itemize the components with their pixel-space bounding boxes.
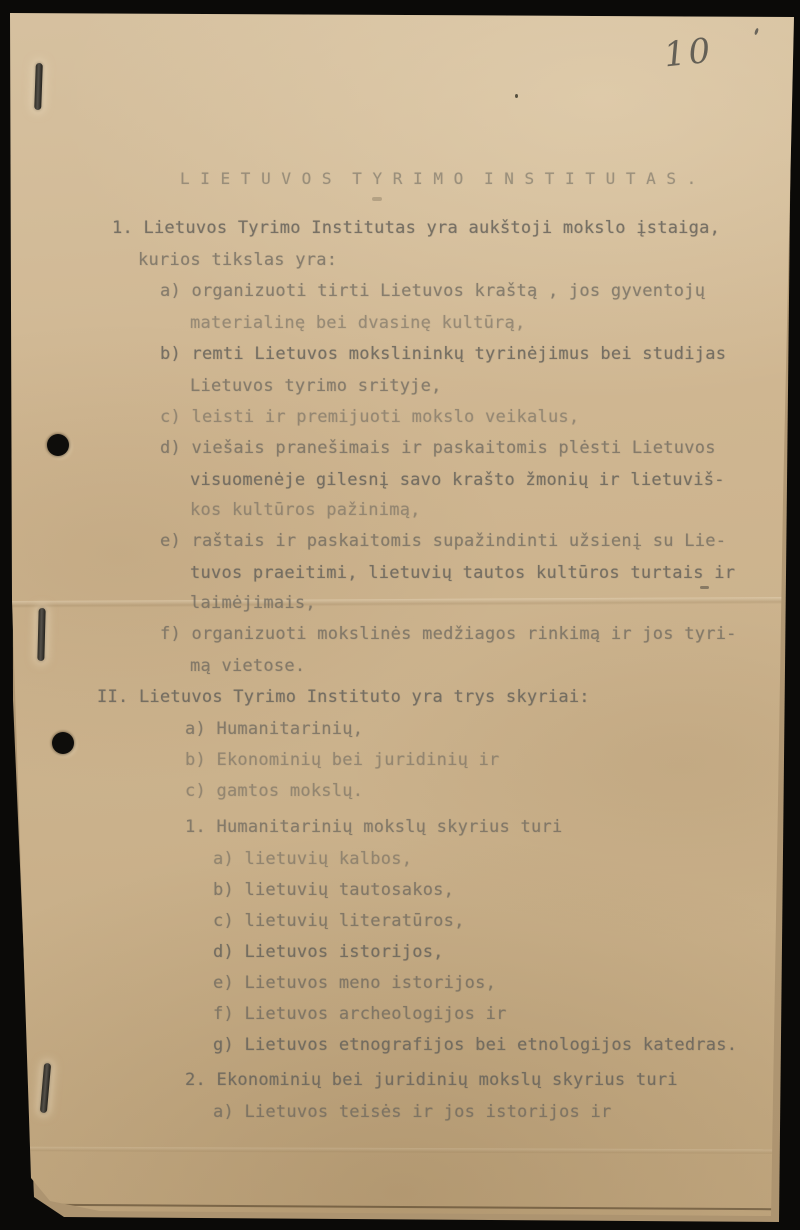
document-title: L I E T U V O S T Y R I M O I N S T I T … [180,169,697,188]
typewritten-line: Lietuvos tyrimo srityje, [190,376,442,396]
paper-sheet: 10 L I E T U V O S T Y R I M O I N S T I… [0,0,800,1230]
typewritten-line: c) lietuvių literatūros, [213,911,465,931]
ink-speck [515,94,518,98]
paper-bottom-edge [42,1204,772,1210]
typewritten-line: b) remti Lietuvos mokslininkų tyrinėjimu… [160,344,726,364]
typewritten-line: II. Lietuvos Tyrimo Instituto yra trys s… [97,687,590,707]
typewritten-line: mą vietose. [190,656,305,676]
typewritten-line: a) lietuvių kalbos, [213,849,412,869]
typewritten-line: kurios tikslas yra: [138,250,337,270]
typewritten-line: c) gamtos mokslų. [185,781,363,801]
fold-crease [0,1147,800,1155]
typewritten-line: d) viešais pranešimais ir paskaitomis pl… [160,438,716,458]
typewritten-line: materialinę bei dvasinę kultūrą, [190,313,526,333]
typewritten-line: 1. Humanitarinių mokslų skyrius turi [185,817,562,837]
punch-hole [52,732,74,754]
typewritten-line: 2. Ekonominių bei juridinių mokslų skyri… [185,1070,678,1090]
punch-hole [47,434,69,456]
typewritten-line: f) Lietuvos archeologijos ir [213,1004,507,1024]
typewritten-line: b) Ekonominių bei juridinių ir [185,750,500,770]
typewritten-line: e) Lietuvos meno istorijos, [213,973,496,993]
staple [37,608,45,661]
typewritten-line: e) raštais ir paskaitomis supažindinti u… [160,531,726,551]
typewritten-line: laimėjimais, [190,593,316,613]
ink-speck [754,28,759,36]
typewritten-line: g) Lietuvos etnografijos bei etnologijos… [213,1035,737,1055]
page-number-handwritten: 10 [662,31,715,76]
fold-crease [0,597,800,608]
typewritten-line: a) Humanitarinių, [185,719,363,739]
typewritten-line: b) lietuvių tautosakos, [213,880,454,900]
typewritten-line: a) Lietuvos teisės ir jos istorijos ir [213,1102,611,1122]
typewritten-line: 1. Lietuvos Tyrimo Institutas yra aukšto… [112,218,720,238]
ink-speck [700,586,709,589]
typewritten-line: a) organizuoti tirti Lietuvos kraštą , j… [160,281,705,301]
typewritten-line: visuomenėje gilesnį savo krašto žmonių i… [190,470,725,490]
typewritten-line: kos kultūros pažinimą, [190,500,421,520]
ink-speck [372,197,382,201]
scanned-document-page: 10 L I E T U V O S T Y R I M O I N S T I… [0,0,800,1230]
typewritten-line: tuvos praeitimi, lietuvių tautos kultūro… [190,563,735,583]
typewritten-line: d) Lietuvos istorijos, [213,942,444,962]
typewritten-line: c) leisti ir premijuoti mokslo veikalus, [160,407,579,427]
typewritten-line: f) organizuoti mokslinės medžiagos rinki… [160,624,737,644]
